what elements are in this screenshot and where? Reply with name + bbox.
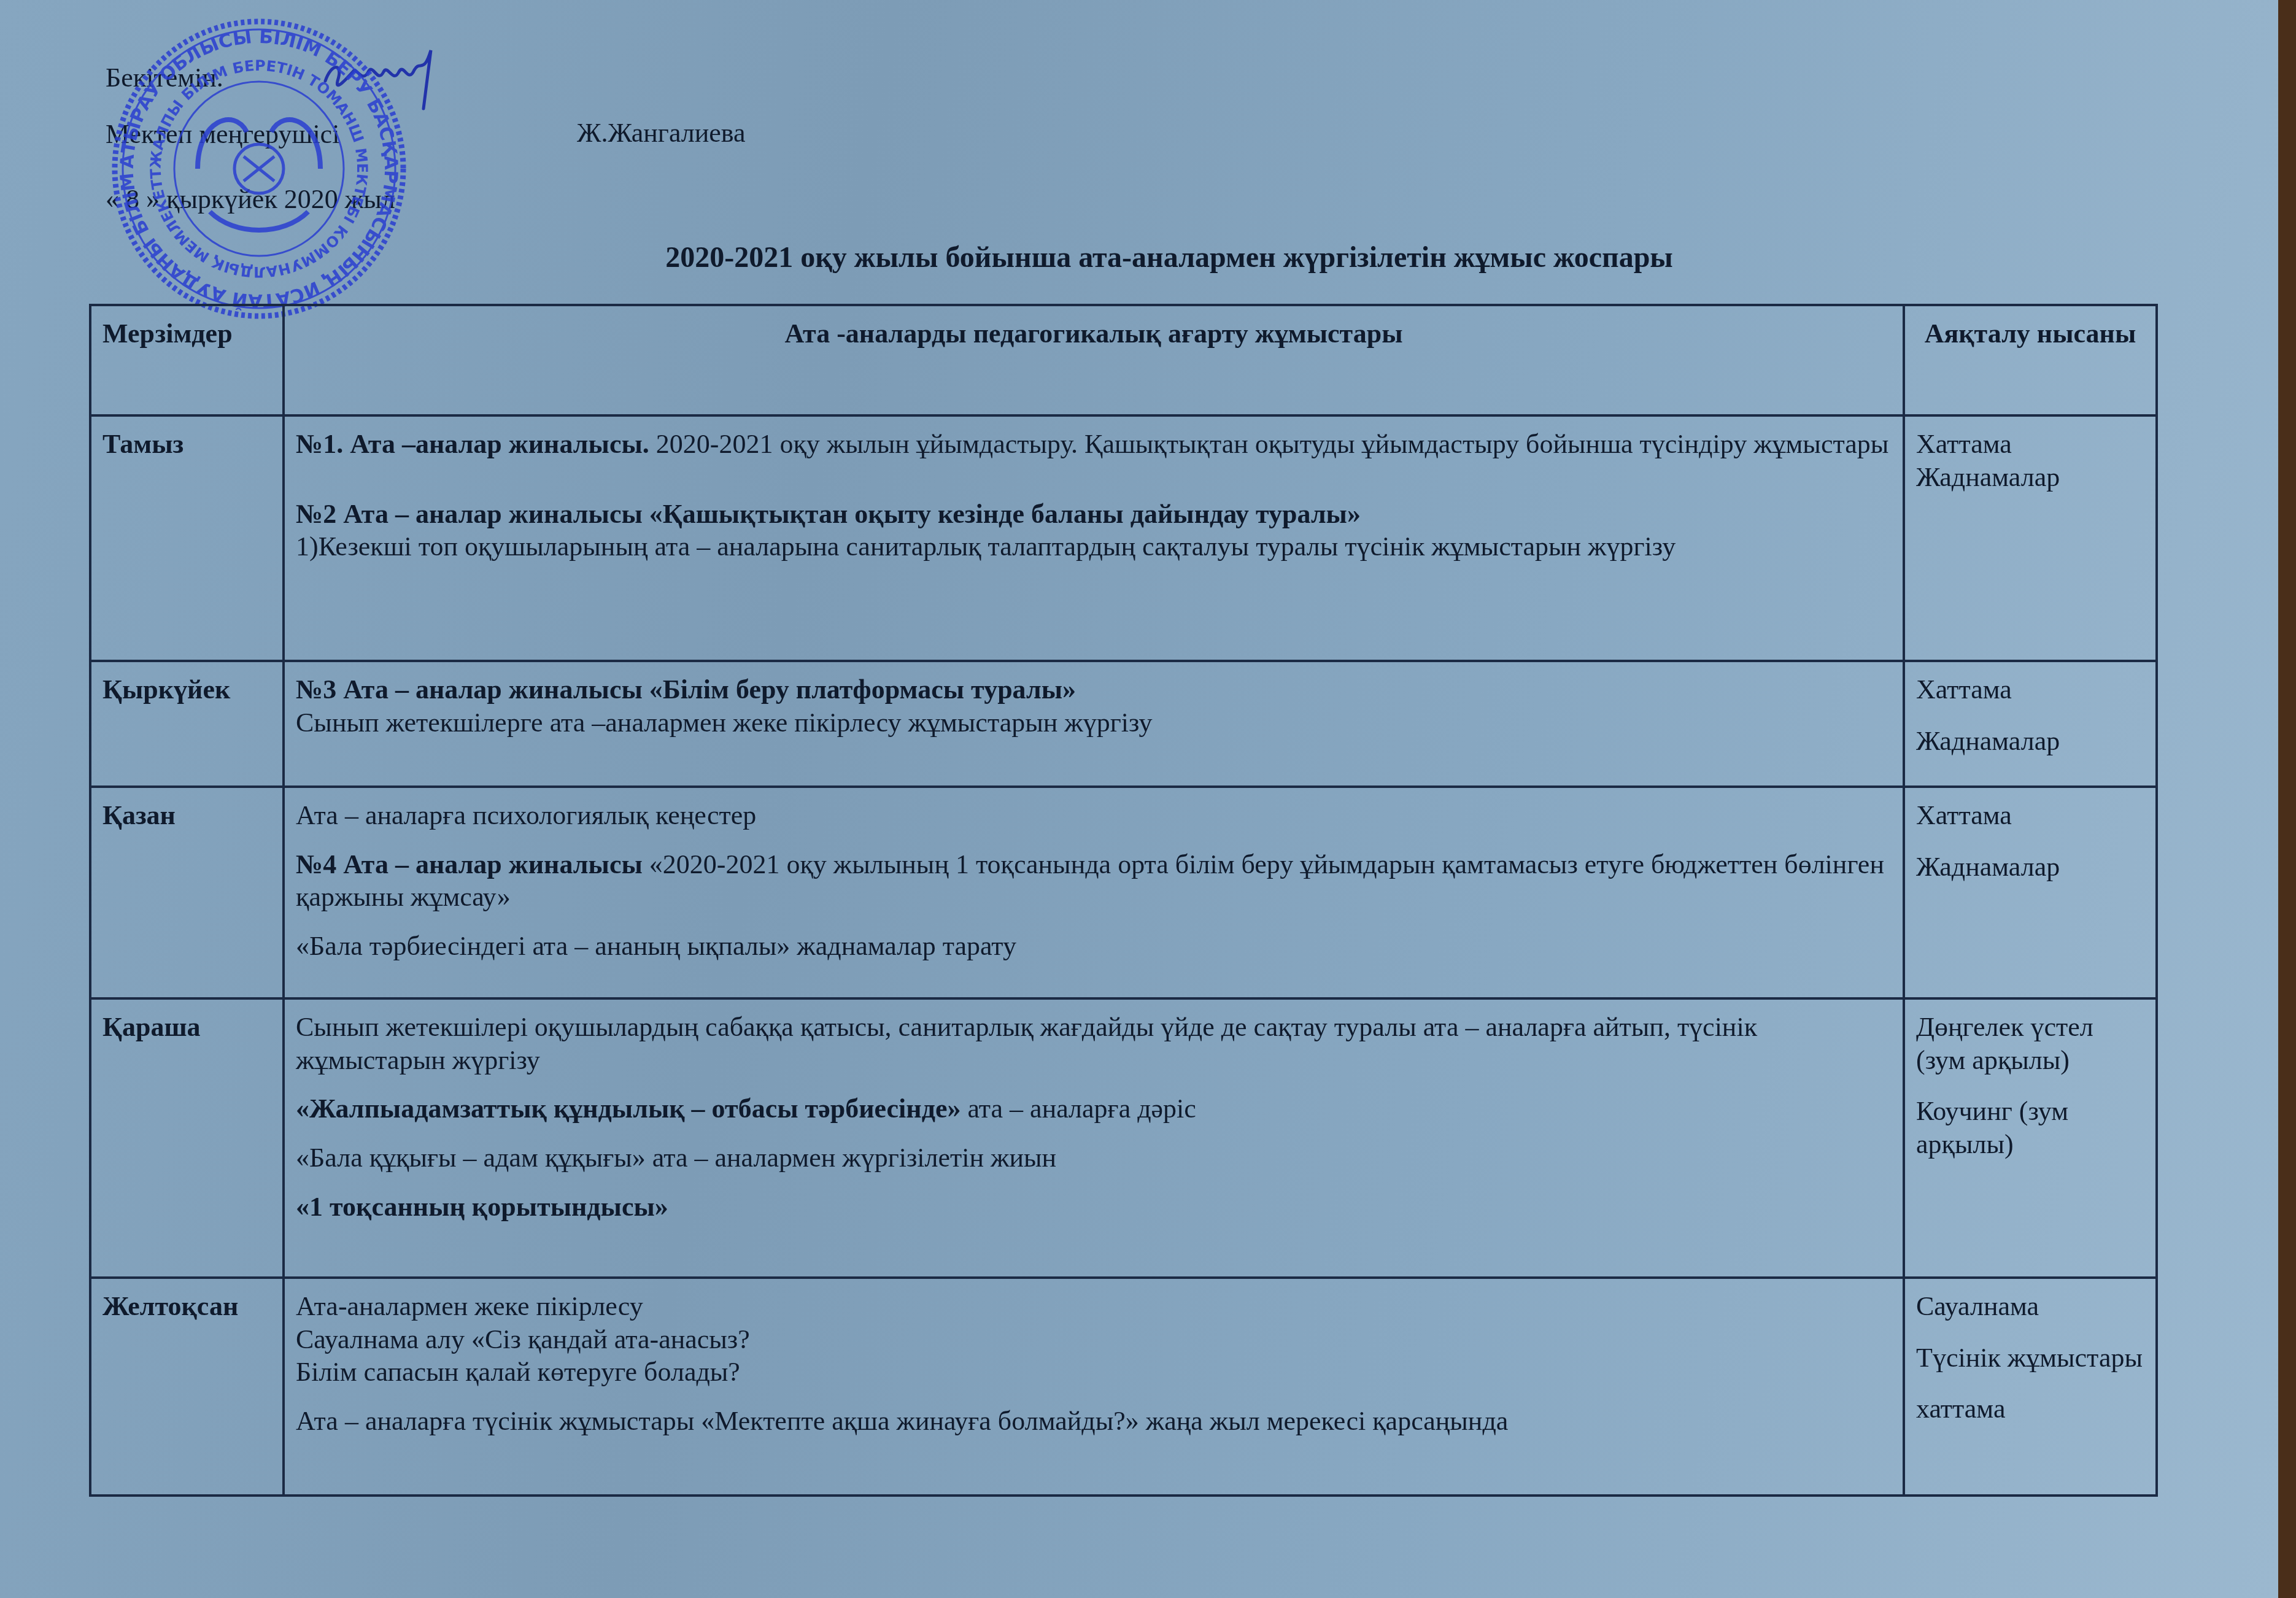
table-header-row: Мерзімдер Ата -аналарды педагогикалық ағ… [90, 305, 2157, 415]
outcome-item: Хаттама [1916, 799, 2144, 832]
table-surface-edge [2278, 0, 2296, 1598]
activity-item: Білім сапасын қалай көтеруге болады? [296, 1356, 1892, 1389]
month-cell: Тамыз [90, 415, 284, 661]
outcome-cell: Сауалнама Түсінік жұмыстары хаттама [1904, 1278, 2157, 1496]
activity-item: №2 Ата – аналар жиналысы «Қашықтықтан оқ… [296, 498, 1892, 531]
outcome-cell: Дөңгелек үстел (зум арқылы) Коучинг (зум… [1904, 998, 2157, 1278]
activities-cell: №3 Ата – аналар жиналысы «Білім беру пла… [284, 661, 1904, 787]
header-activities: Ата -аналарды педагогикалық ағарту жұмыс… [284, 305, 1904, 415]
table-row: Тамыз №1. Ата –аналар жиналысы. 2020-202… [90, 415, 2157, 661]
outcome-item: Хаттама [1916, 673, 2144, 706]
activity-item: «Жалпыадамзаттық құндылық – отбасы тәрби… [296, 1092, 1892, 1125]
outcome-item: Жаднамалар [1916, 851, 2144, 884]
activity-item: Ата – аналарға түсінік жұмыстары «Мектеп… [296, 1405, 1892, 1438]
activity-item: Ата – аналарға психологиялық кеңестер [296, 799, 1892, 832]
activity-item: Сынып жетекшілері оқушылардың сабаққа қа… [296, 1011, 1892, 1076]
activity-item: Сауалнама алу «Сіз қандай ата-анасыз? [296, 1323, 1892, 1356]
activities-cell: Ата – аналарға психологиялық кеңестер №4… [284, 787, 1904, 998]
activity-item: №3 Ата – аналар жиналысы «Білім беру пла… [296, 673, 1892, 706]
outcome-item: Дөңгелек үстел (зум арқылы) [1916, 1011, 2144, 1076]
activity-item: Сынып жетекшілерге ата –аналармен жеке п… [296, 706, 1892, 739]
outcome-item: Сауалнама [1916, 1290, 2144, 1323]
table-row: Қараша Сынып жетекшілері оқушылардың саб… [90, 998, 2157, 1278]
table-row: Желтоқсан Ата-аналармен жеке пікірлесу С… [90, 1278, 2157, 1496]
outcome-cell: Хаттама Жаднамалар [1904, 415, 2157, 661]
activity-item: 1)Кезекші топ оқушыларының ата – аналары… [296, 530, 1892, 563]
activity-item: «Бала құқығы – адам құқығы» ата – аналар… [296, 1141, 1892, 1175]
outcome-cell: Хаттама Жаднамалар [1904, 661, 2157, 787]
activity-item: «Бала тәрбиесіндегі ата – ананың ықпалы»… [296, 930, 1892, 963]
activities-cell: Сынып жетекшілері оқушылардың сабаққа қа… [284, 998, 1904, 1278]
month-cell: Желтоқсан [90, 1278, 284, 1496]
month-cell: Қараша [90, 998, 284, 1278]
outcome-item: Коучинг (зум арқылы) [1916, 1095, 2144, 1160]
outcome-cell: Хаттама Жаднамалар [1904, 787, 2157, 998]
outcome-item: Жаднамалар [1916, 725, 2144, 758]
page-title: 2020-2021 оқу жылы бойынша ата-аналармен… [0, 241, 2209, 274]
header-outcome: Аяқталу нысаны [1904, 305, 2157, 415]
outcome-item: Хаттама [1916, 428, 2144, 461]
activities-cell: №1. Ата –аналар жиналысы. 2020-2021 оқу … [284, 415, 1904, 661]
month-cell: Қыркүйек [90, 661, 284, 787]
work-plan-table: Мерзімдер Ата -аналарды педагогикалық ағ… [89, 304, 2158, 1497]
table-row: Қыркүйек №3 Ата – аналар жиналысы «Білім… [90, 661, 2157, 787]
month-cell: Қазан [90, 787, 284, 998]
activity-item: Ата-аналармен жеке пікірлесу [296, 1290, 1892, 1323]
outcome-item: Жаднамалар [1916, 461, 2144, 494]
table-row: Қазан Ата – аналарға психологиялық кеңес… [90, 787, 2157, 998]
activities-cell: Ата-аналармен жеке пікірлесу Сауалнама а… [284, 1278, 1904, 1496]
official-stamp-icon: АТЫРАУ ОБЛЫСЫ БІЛІМ БЕРУ БАСҚАРМАСЫНЫҢ И… [106, 15, 412, 322]
outcome-item: Түсінік жұмыстары [1916, 1341, 2144, 1375]
signatory-name: Ж.Жангалиева [577, 120, 746, 147]
activity-item: №1. Ата –аналар жиналысы. 2020-2021 оқу … [296, 428, 1892, 461]
outcome-item: хаттама [1916, 1392, 2144, 1426]
header-month: Мерзімдер [90, 305, 284, 415]
activity-item: №4 Ата – аналар жиналысы «2020-2021 оқу … [296, 848, 1892, 914]
activity-item: «1 тоқсанның қорытындысы» [296, 1191, 1892, 1224]
